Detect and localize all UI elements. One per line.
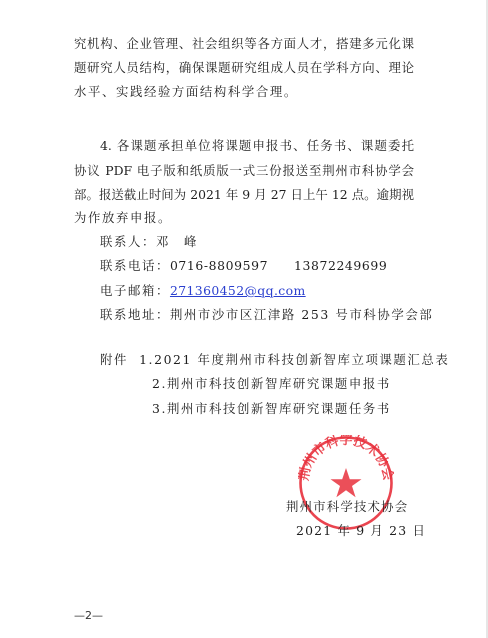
email-link[interactable]: 271360452@qq.com [170, 283, 306, 298]
paragraph-line: 究机构、企业管理、社会组织等各方面人才，搭建多元化课 [74, 32, 414, 56]
attachments-label: 附件 [100, 352, 128, 367]
attachment-item: 1.2021 年度荆州市科技创新智库立项课题汇总表 [139, 352, 449, 367]
attachment-line: 附件 1.2021 年度荆州市科技创新智库立项课题汇总表 [100, 348, 440, 372]
signature-organization: 荆州市科学技术协会 [286, 495, 410, 519]
contact-person: 联系人：邓 峰 [100, 230, 420, 254]
contact-email: 电子邮箱：271360452@qq.com [100, 279, 420, 303]
contact-address-value: 荆州市沙市区江津路 253 号市科协学会部 [170, 307, 433, 322]
item4-line: 协议 PDF 电子版和纸质版一式三份报送至荆州市科协学会 [74, 159, 414, 183]
attachment-item: 2.荆州市科技创新智库研究课题申报书 [152, 372, 412, 396]
contact-person-label: 联系人： [100, 234, 156, 249]
signature-date: 2021 年 9 月 23 日 [296, 519, 406, 543]
contact-person-value: 邓 峰 [156, 234, 198, 249]
paragraph-line: 水平、实践经验方面结构科学合理。 [74, 80, 414, 104]
star-icon [331, 468, 362, 497]
item4-line: 4. 各课题承担单位将课题申报书、任务书、课题委托 [100, 134, 414, 158]
paragraph-line: 题研究人员结构，确保课题研究组成人员在学科方向、理论 [74, 56, 414, 80]
item4-line: 为作放弃申报。 [74, 206, 414, 230]
page-number: —2— [74, 608, 103, 624]
contact-phone-value: 0716-8809597 13872249699 [170, 258, 387, 273]
contact-phone: 联系电话：0716-8809597 13872249699 [100, 254, 420, 278]
contact-address: 联系地址：荆州市沙市区江津路 253 号市科协学会部 [100, 303, 420, 327]
contact-address-label: 联系地址： [100, 307, 170, 322]
contact-phone-label: 联系电话： [100, 258, 170, 273]
contact-email-label: 电子邮箱： [100, 283, 170, 298]
document-page: 究机构、企业管理、社会组织等各方面人才，搭建多元化课 题研究人员结构，确保课题研… [0, 0, 486, 638]
item4-line: 部。报送截止时间为 2021 年 9 月 27 日上午 12 点。逾期视 [74, 183, 414, 207]
attachment-item: 3.荆州市科技创新智库研究课题任务书 [152, 397, 412, 421]
